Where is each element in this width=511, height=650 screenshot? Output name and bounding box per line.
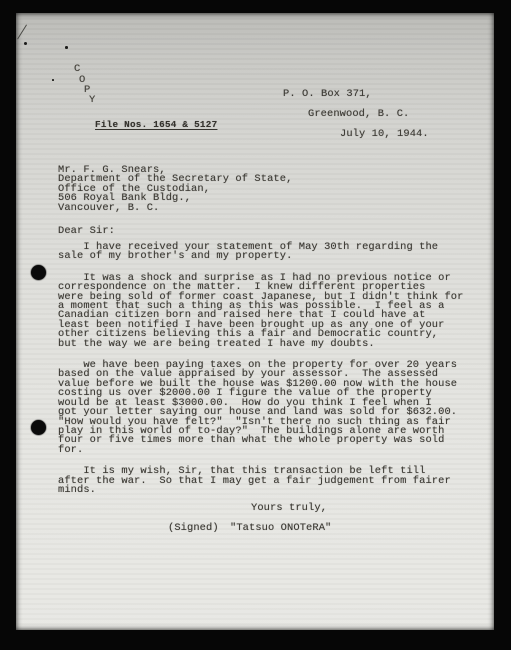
letter-body: I have received your statement of May 30… [58,243,473,507]
file-reference: File Nos. 1654 & 5127 [95,119,217,130]
body-paragraph: It is my wish, Sir, that this transactio… [58,467,473,495]
sender-po-box-line: P. O. Box 371, [283,89,372,99]
signed-label: (Signed) [168,522,219,534]
body-paragraph: we have been paying taxes on the propert… [58,361,473,455]
salutation: Dear Sir: [58,225,115,237]
date-line: July 10, 1944. [340,129,429,139]
signature-name: "Tatsuo ONOTeRA" [230,522,331,534]
closing: Yours truly, [251,502,327,514]
photocopy-frame: C O P Y File Nos. 1654 & 5127 P. O. Box … [0,0,511,650]
recipient-address: Mr. F. G. Snears, Department of the Secr… [58,166,292,213]
sender-city-line: Greenwood, B. C. [308,109,409,119]
body-paragraph: I have received your statement of May 30… [58,243,473,262]
copy-letter: Y [89,94,95,106]
body-paragraph: It was a shock and surprise as I had no … [58,274,473,349]
letter-content: C O P Y File Nos. 1654 & 5127 P. O. Box … [0,0,511,650]
